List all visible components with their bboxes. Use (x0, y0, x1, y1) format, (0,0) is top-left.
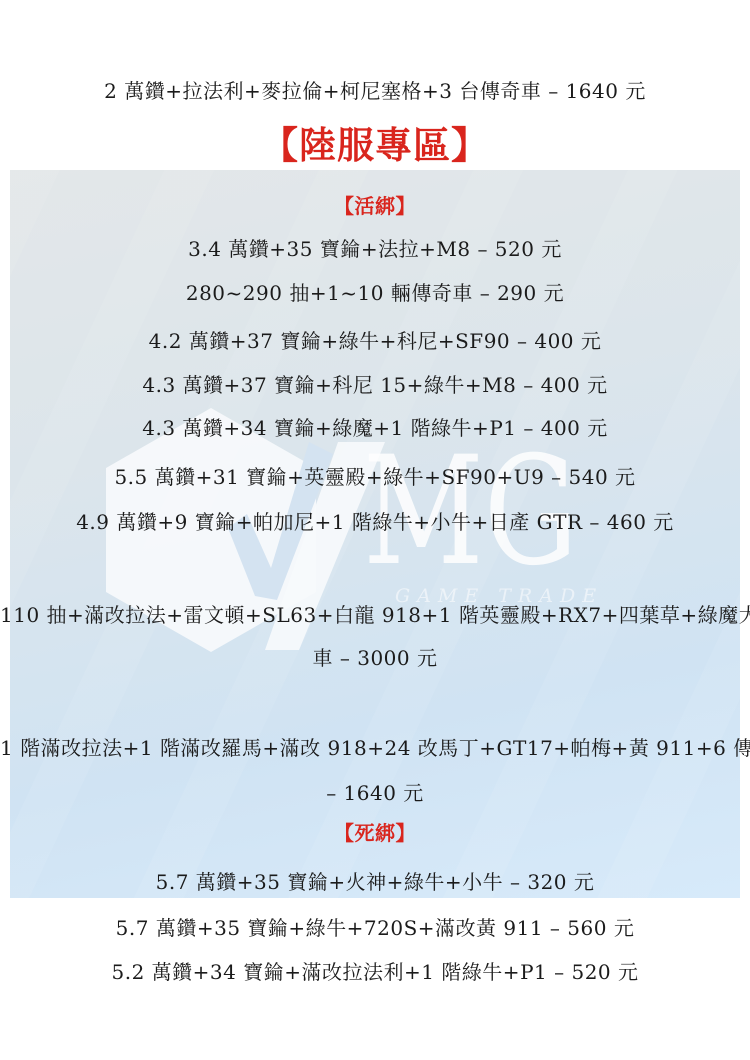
price-item: 4.3 萬鑽+37 寶錀+科尼 15+綠牛+M8 – 400 元 (0, 372, 750, 398)
price-item-wrapped-1: 110 抽+滿改拉法+雷文頓+SL63+白龍 918+1 階英靈殿+RX7+四葉… (0, 602, 750, 628)
section-label-live: 【活綁】 (0, 193, 750, 219)
price-item: 4.9 萬鑽+9 寶錀+帕加尼+1 階綠牛+小牛+日產 GTR – 460 元 (0, 509, 750, 535)
price-item-wrapped-2: 車 – 3000 元 (0, 645, 750, 671)
price-item: 4.3 萬鑽+34 寶錀+綠魔+1 階綠牛+P1 – 400 元 (0, 415, 750, 441)
page-title: 【陸服專區】 (0, 121, 750, 169)
price-item-wrapped-1: 1 階滿改拉法+1 階滿改羅馬+滿改 918+24 改馬丁+GT17+帕梅+黃 … (0, 735, 750, 761)
price-item-wrapped-2: – 1640 元 (0, 780, 750, 806)
intro-price-item: 2 萬鑽+拉法利+麥拉倫+柯尼塞格+3 台傳奇車 – 1640 元 (0, 78, 750, 104)
section-label-dead: 【死綁】 (0, 820, 750, 846)
price-item: 5.5 萬鑽+31 寶錀+英靈殿+綠牛+SF90+U9 – 540 元 (0, 464, 750, 490)
price-item: 280~290 抽+1~10 輛傳奇車 – 290 元 (0, 280, 750, 306)
price-item: 4.2 萬鑽+37 寶錀+綠牛+科尼+SF90 – 400 元 (0, 328, 750, 354)
price-item: 5.2 萬鑽+34 寶錀+滿改拉法利+1 階綠牛+P1 – 520 元 (0, 959, 750, 985)
price-item: 3.4 萬鑽+35 寶錀+法拉+M8 – 520 元 (0, 236, 750, 262)
price-item: 5.7 萬鑽+35 寶錀+火神+綠牛+小牛 – 320 元 (0, 869, 750, 895)
document-page: 2 萬鑽+拉法利+麥拉倫+柯尼塞格+3 台傳奇車 – 1640 元 【陸服專區】… (0, 0, 750, 1060)
price-item: 5.7 萬鑽+35 寶錀+綠牛+720S+滿改黃 911 – 560 元 (0, 915, 750, 941)
